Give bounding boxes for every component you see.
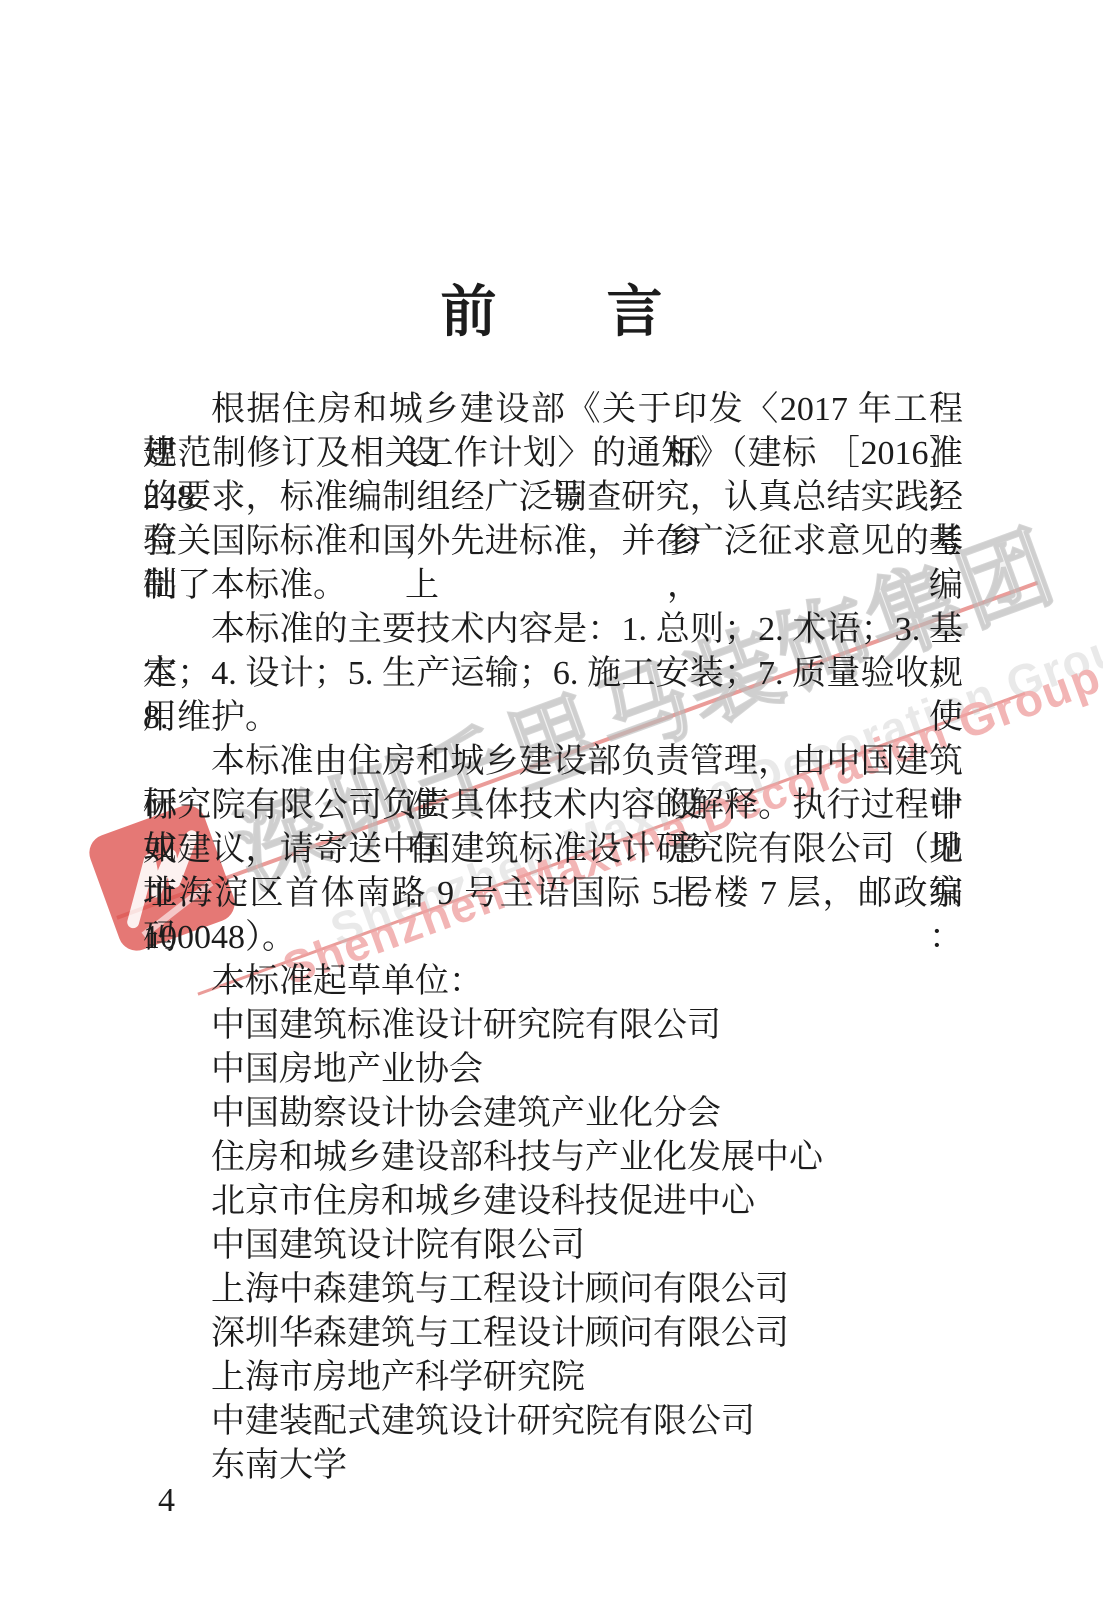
page-title-char: 前 (441, 282, 497, 344)
text-line: 住房和城乡建设部科技与产业化发展中心 (143, 1136, 963, 1180)
text-line: 中建装配式建筑设计研究院有限公司 (143, 1400, 963, 1444)
foreword-body: 根据住房和城乡建设部《关于印发〈2017 年工程建设标准规范制修订及相关工作计划… (143, 388, 963, 1488)
text-line: 根据住房和城乡建设部《关于印发〈2017 年工程建设标准 (143, 388, 963, 432)
text-line: 东南大学 (143, 1444, 963, 1488)
page-title: 前 言 (0, 268, 1103, 348)
text-line: 中国建筑设计院有限公司 (143, 1224, 963, 1268)
text-line: 深圳华森建筑与工程设计顾问有限公司 (143, 1312, 963, 1356)
page-number: 4 (158, 1482, 175, 1520)
document-page: 深圳千里马装饰集团 Shenzhen Maxima Decoration Gro… (0, 0, 1103, 1597)
text-line: 中国房地产业协会 (143, 1048, 963, 1092)
text-line: 规范制修订及相关工作计划〉的通知》（建标 ［2016］ 248 号） (143, 432, 963, 476)
page-title-char: 言 (607, 282, 663, 344)
text-line: 的要求，标准编制组经广泛调查研究，认真总结实践经验，参考 (143, 476, 963, 520)
text-line: 研究院有限公司负责具体技术内容的解释。执行过程中如有意见 (143, 784, 963, 828)
text-line: 上海中森建筑与工程设计顾问有限公司 (143, 1268, 963, 1312)
text-line: 本标准起草单位： (143, 960, 963, 1004)
text-line: 本标准由住房和城乡建设部负责管理，由中国建筑标准设计 (143, 740, 963, 784)
text-line: 或建议，请寄送中国建筑标准设计研究院有限公司（地址：北京 (143, 828, 963, 872)
text-line: 定；4. 设计；5. 生产运输；6. 施工安装；7. 质量验收；8. 使 (143, 652, 963, 696)
text-line: 本标准的主要技术内容是：1. 总则；2. 术语；3. 基本规 (143, 608, 963, 652)
text-line: 中国建筑标准设计研究院有限公司 (143, 1004, 963, 1048)
text-line: 北京市住房和城乡建设科技促进中心 (143, 1180, 963, 1224)
text-line: 上海市房地产科学研究院 (143, 1356, 963, 1400)
text-line: 中国勘察设计协会建筑产业化分会 (143, 1092, 963, 1136)
text-line: 有关国际标准和国外先进标准，并在广泛征求意见的基础上，编 (143, 520, 963, 564)
text-line: 市海淀区首体南路 9 号主语国际 5 号楼 7 层，邮政编码： (143, 872, 963, 916)
